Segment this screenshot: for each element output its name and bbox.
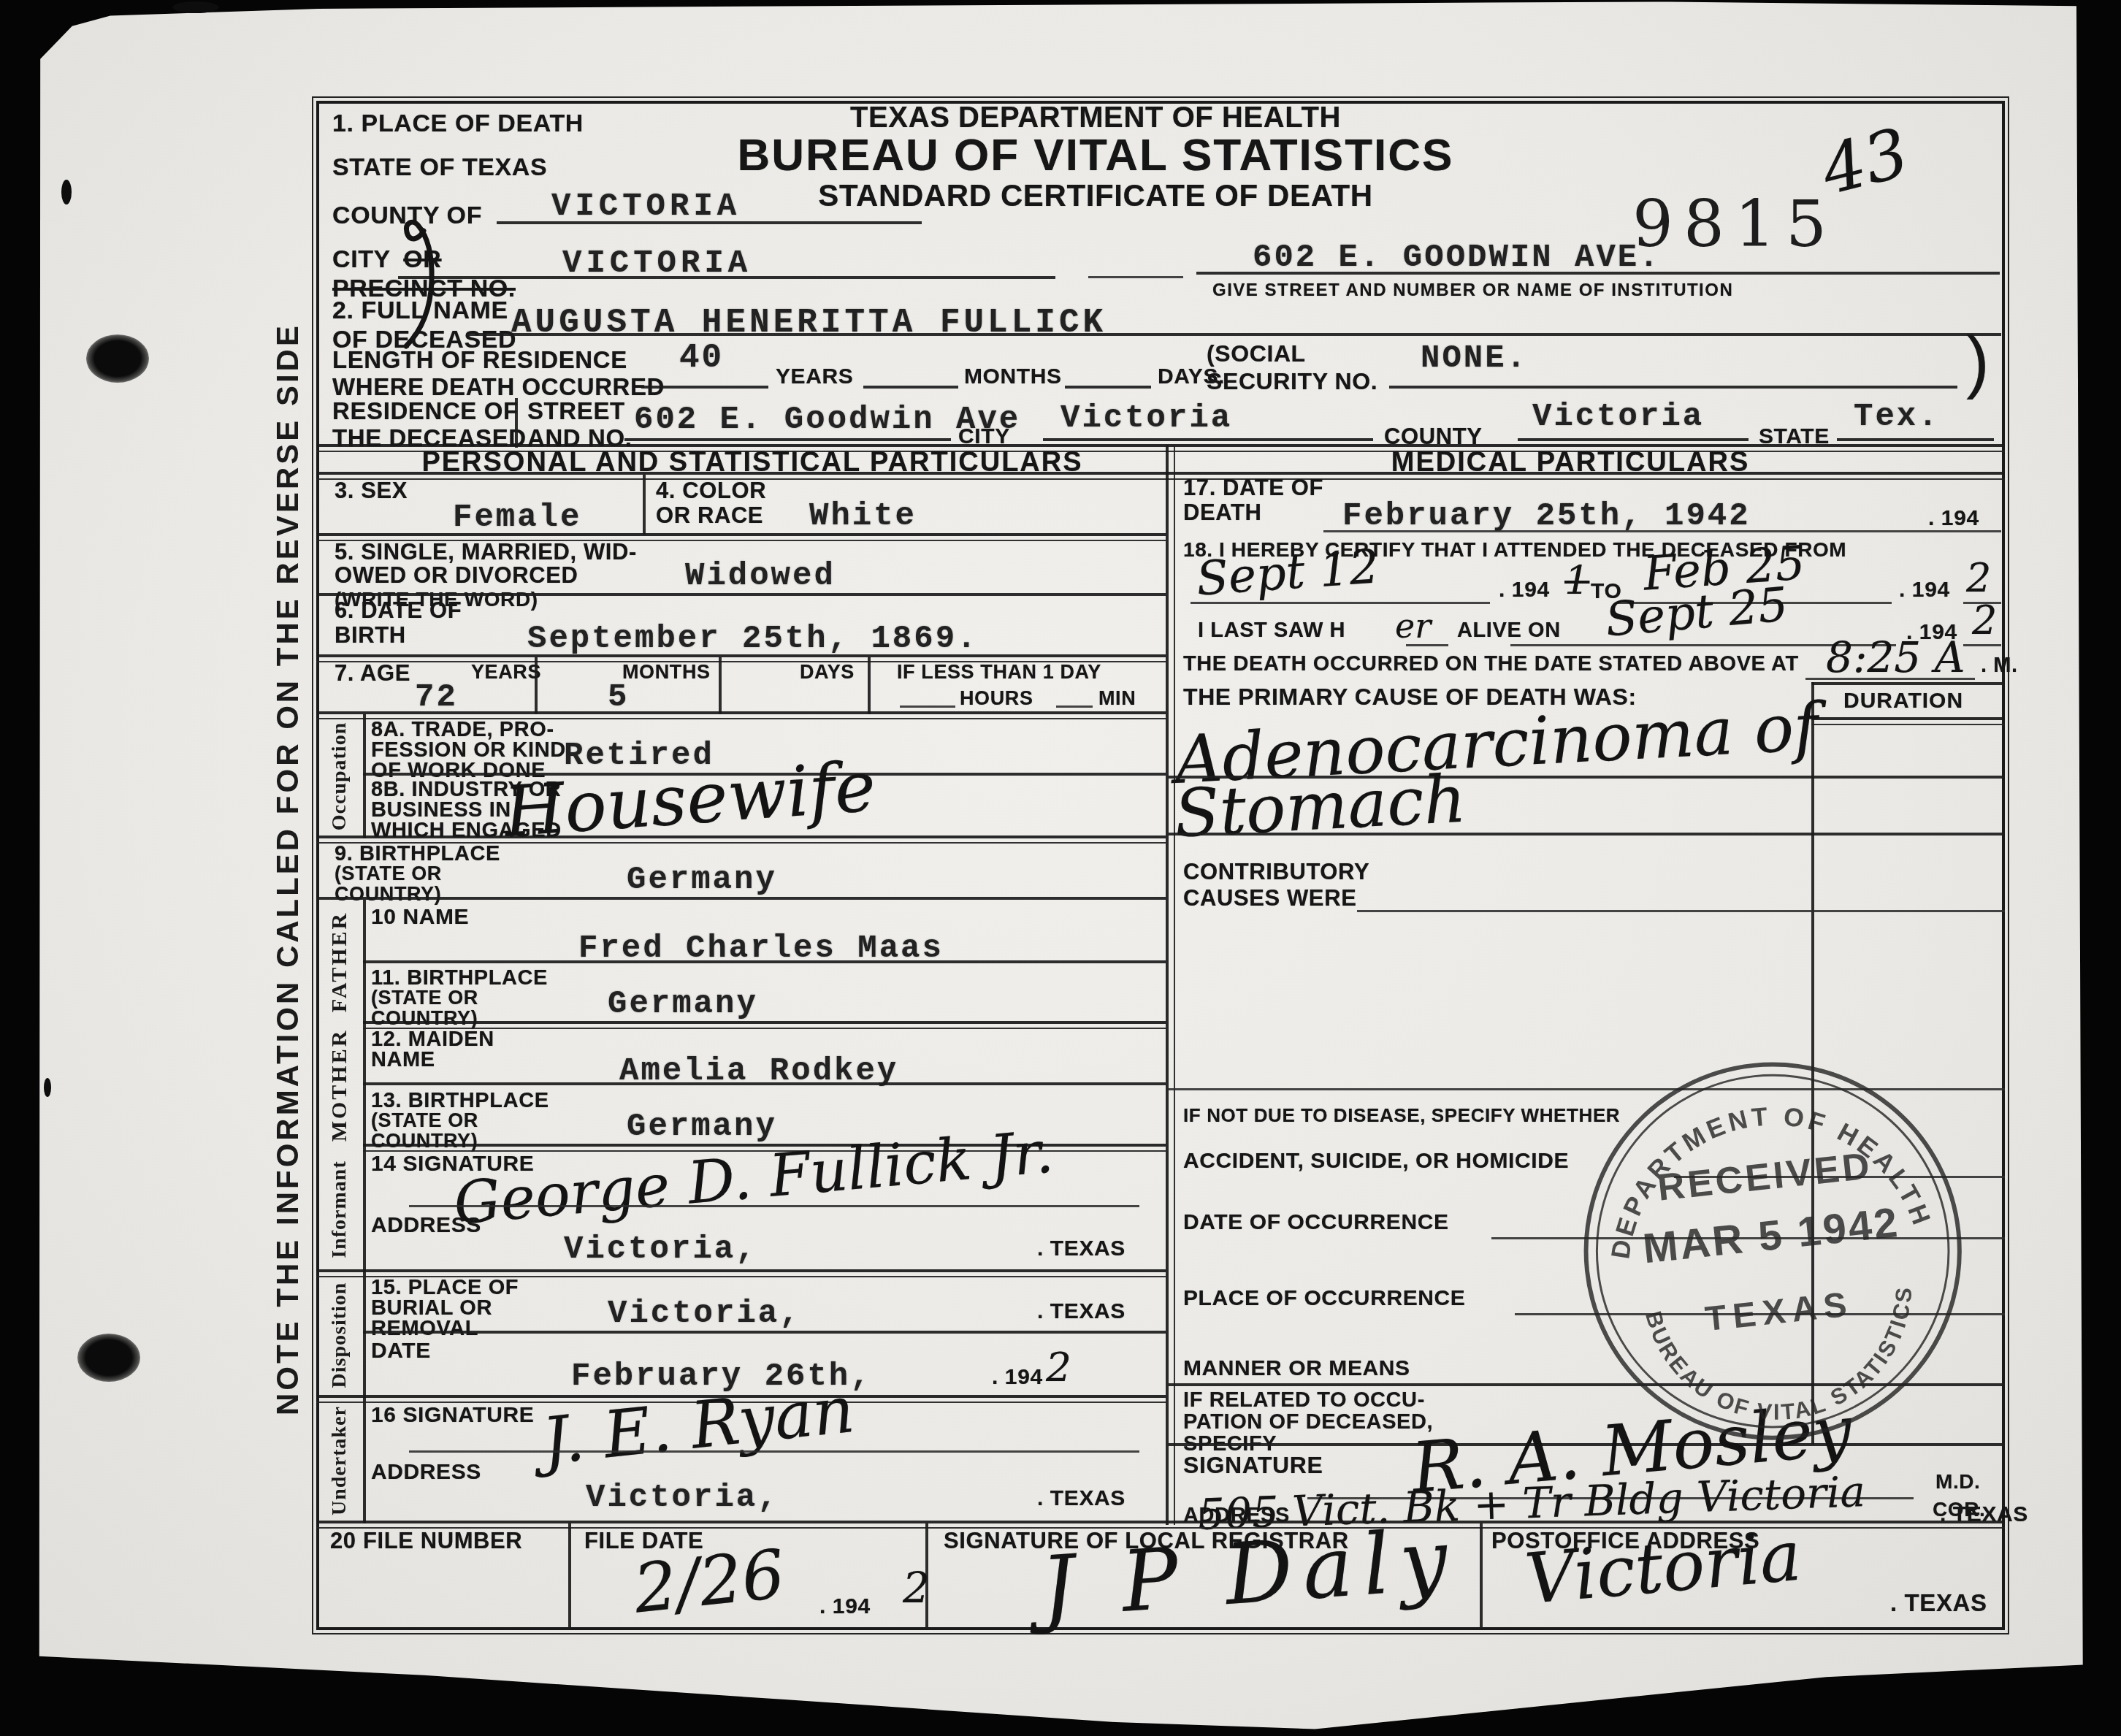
mother-bp-value: Germany bbox=[627, 1109, 777, 1145]
ifnot-label: IF NOT DUE TO DISEASE, SPECIFY WHETHER bbox=[1183, 1106, 1620, 1125]
mother-side-label: MOTHER bbox=[316, 1024, 363, 1147]
marital-label2: OWED OR DIVORCED bbox=[335, 564, 578, 588]
age-label: 7. AGE bbox=[335, 662, 410, 686]
received-stamp: DEPARTMENT OF HEALTH BUREAU OF VITAL STA… bbox=[1556, 1033, 1990, 1472]
social-underline bbox=[1389, 386, 1957, 389]
birthplace-value: Germany bbox=[627, 862, 777, 898]
mother-bp-label1: 13. BIRTHPLACE bbox=[371, 1090, 549, 1112]
father-bp-label2: (STATE OR bbox=[371, 987, 478, 1008]
length-label2: WHERE DEATH OCCURRED bbox=[332, 375, 665, 400]
related-label1: IF RELATED TO OCCU- bbox=[1183, 1389, 1425, 1411]
less-day-label: IF LESS THAN 1 DAY bbox=[897, 662, 1101, 682]
side-column-line bbox=[363, 714, 366, 838]
standard-title: STANDARD CERTIFICATE OF DEATH bbox=[767, 180, 1424, 212]
social-value: NONE. bbox=[1421, 340, 1528, 377]
accident-label: ACCIDENT, SUICIDE, OR HOMICIDE bbox=[1183, 1150, 1569, 1173]
age-months-label: MONTHS bbox=[622, 662, 711, 682]
social-label1: (SOCIAL bbox=[1207, 342, 1306, 367]
age-divider-2 bbox=[719, 657, 722, 714]
duration-top bbox=[1811, 682, 2005, 685]
center-divider bbox=[1166, 446, 1175, 1525]
closing-paren: ) bbox=[1966, 326, 1990, 399]
hours-label: HOURS bbox=[960, 688, 1033, 708]
undertaker-texas: . TEXAS bbox=[1037, 1487, 1126, 1510]
rule bbox=[363, 1082, 1166, 1085]
res-underline-2 bbox=[1043, 438, 1373, 441]
place-of-death-label: 1. PLACE OF DEATH bbox=[332, 111, 584, 137]
maiden-label1: 12. MAIDEN bbox=[371, 1028, 494, 1050]
informant-addr-value: Victoria, bbox=[564, 1231, 757, 1268]
city2-value: Victoria bbox=[1060, 400, 1232, 437]
undertaker-side-label: Undertaker bbox=[316, 1398, 363, 1523]
undertaker-addr-label: ADDRESS bbox=[371, 1461, 481, 1484]
days-line bbox=[1065, 386, 1151, 389]
lastsaw-er: er bbox=[1395, 606, 1431, 646]
rule bbox=[363, 1331, 1166, 1334]
cause-line2: Stomach bbox=[1173, 761, 1468, 853]
fullname-value: AUGUSTA HENERITTA FULLICK bbox=[511, 304, 1107, 342]
street-underline bbox=[1196, 272, 2000, 275]
dob-value: September 25th, 1869. bbox=[527, 621, 979, 657]
signature-line bbox=[409, 1205, 1139, 1207]
burial-year-suffix: 2 bbox=[1046, 1344, 1071, 1391]
file-date-value: 2/26 bbox=[630, 1534, 789, 1628]
disposition-side-label: Disposition bbox=[316, 1272, 363, 1398]
file-divider-3 bbox=[1480, 1523, 1483, 1629]
hours-line bbox=[900, 706, 955, 708]
medical-header: MEDICAL PARTICULARS bbox=[1278, 448, 1862, 478]
certificate-number: 9815 bbox=[1632, 186, 1837, 261]
md-label: M.D. bbox=[1935, 1471, 1981, 1492]
fullname-underline bbox=[467, 333, 2001, 336]
length-label1: LENGTH OF RESIDENCE bbox=[332, 348, 627, 373]
manner-label: MANNER OR MEANS bbox=[1183, 1357, 1410, 1380]
trade-label1: 8A. TRADE, PRO- bbox=[371, 719, 554, 741]
min-label: MIN bbox=[1098, 688, 1136, 708]
rule bbox=[316, 593, 1166, 596]
years-line bbox=[641, 386, 768, 389]
county2-value: Victoria bbox=[1532, 399, 1704, 435]
father-name-label: 10 NAME bbox=[371, 906, 469, 929]
postoffice-texas: . TEXAS bbox=[1890, 1591, 1987, 1616]
birthplace-label2: (STATE OR bbox=[335, 863, 442, 884]
dob-label2: BIRTH bbox=[335, 624, 406, 648]
scanned-death-certificate: NOTE THE INFORMATION CALLED FOR ON THE R… bbox=[0, 0, 2121, 1736]
age-days-label: DAYS bbox=[800, 662, 855, 682]
undertaker-sig-label: 16 SIGNATURE bbox=[371, 1404, 534, 1427]
personal-header: PERSONAL AND STATISTICAL PARTICULARS bbox=[365, 448, 1139, 478]
rule bbox=[316, 897, 1166, 900]
trade-label2: FESSION OR KIND bbox=[371, 739, 566, 761]
contrib-line bbox=[1357, 910, 2005, 912]
age-years-label: YEARS bbox=[471, 662, 541, 682]
ink-speck bbox=[44, 1078, 51, 1097]
bureau-title: BUREAU OF VITAL STATISTICS bbox=[730, 131, 1461, 179]
father-bp-label1: 11. BIRTHPLACE bbox=[371, 967, 548, 989]
city-underline-dash bbox=[1088, 276, 1183, 278]
burial-date-label: DATE bbox=[371, 1339, 431, 1363]
rule bbox=[363, 960, 1166, 963]
lastsaw-label2: ALIVE ON bbox=[1457, 619, 1561, 641]
physician-sig-label: SIGNATURE bbox=[1183, 1453, 1323, 1478]
fullname-label: 2. FULL NAME bbox=[332, 298, 508, 324]
residence-divider bbox=[515, 398, 518, 448]
county-underline bbox=[497, 221, 922, 224]
color-label2: OR RACE bbox=[656, 504, 763, 528]
dob-label1: 6. DATE OF bbox=[335, 599, 462, 623]
city-word: CITY bbox=[332, 245, 390, 273]
burial-label1: 15. PLACE OF bbox=[371, 1277, 519, 1299]
social-label2: SECURITY NO. bbox=[1207, 370, 1377, 394]
maiden-label2: NAME bbox=[371, 1049, 435, 1071]
state-of-texas-label: STATE OF TEXAS bbox=[332, 155, 547, 181]
from-year-printed: . 194 bbox=[1499, 578, 1550, 602]
informant-side-label: Informant bbox=[316, 1147, 363, 1272]
informant-addr-label: ADDRESS bbox=[371, 1214, 481, 1237]
ink-speck bbox=[172, 1, 219, 13]
sex-color-divider bbox=[643, 475, 646, 535]
length-value: 40 bbox=[679, 339, 724, 377]
mother-bp-label2: (STATE OR bbox=[371, 1110, 478, 1131]
industry-label2: BUSINESS IN bbox=[371, 799, 511, 821]
place-occ-label: PLACE OF OCCURRENCE bbox=[1183, 1287, 1465, 1310]
file-date-year-suffix: 2 bbox=[903, 1563, 930, 1613]
lastsaw-year-suffix: 2 bbox=[1972, 597, 1997, 643]
father-bp-value: Germany bbox=[608, 986, 758, 1022]
age-divider-1 bbox=[535, 657, 538, 714]
date-occ-label: DATE OF OCCURRENCE bbox=[1183, 1211, 1449, 1234]
occupation-side-label: Occupation bbox=[316, 714, 363, 838]
age-months-value: 5 bbox=[608, 679, 629, 716]
burial-value: Victoria, bbox=[608, 1296, 801, 1332]
stamp-texas: TEXAS bbox=[1703, 1285, 1855, 1339]
undertaker-addr-value: Victoria, bbox=[586, 1480, 779, 1516]
contrib-label1: CONTRIBUTORY bbox=[1183, 860, 1369, 884]
city-underline bbox=[398, 276, 1055, 279]
from-year-suffix: 1 bbox=[1564, 558, 1589, 604]
duration-underline bbox=[1811, 717, 2005, 725]
cause-rule2 bbox=[1169, 833, 2005, 836]
burial-label3: REMOVAL bbox=[371, 1318, 478, 1339]
sex-value: Female bbox=[453, 500, 581, 536]
marital-label1: 5. SINGLE, MARRIED, WID- bbox=[335, 540, 637, 565]
occurred-label: THE DEATH OCCURRED ON THE DATE STATED AB… bbox=[1183, 653, 1799, 675]
res-underline-3 bbox=[1518, 438, 1749, 441]
dod-value: February 25th, 1942 bbox=[1342, 498, 1751, 535]
sex-label: 3. SEX bbox=[335, 479, 408, 503]
punch-hole-bottom bbox=[77, 1334, 140, 1382]
stamp-date: MAR 5 1942 bbox=[1640, 1199, 1901, 1272]
ink-speck bbox=[61, 180, 72, 204]
color-label1: 4. COLOR bbox=[656, 479, 766, 503]
marital-value: Widowed bbox=[685, 558, 836, 594]
months-label: MONTHS bbox=[964, 365, 1062, 389]
months-line bbox=[863, 386, 958, 389]
burial-year-printed: . 194 bbox=[992, 1366, 1043, 1389]
death-time-value: 8:25 A bbox=[1826, 632, 1965, 682]
state2-value: Tex. bbox=[1854, 399, 1940, 435]
signature-line bbox=[409, 1450, 1139, 1453]
street-caption: GIVE STREET AND NUMBER OR NAME OF INSTIT… bbox=[1212, 281, 1733, 299]
min-line bbox=[1056, 706, 1093, 708]
related-label2: PATION OF DECEASED, bbox=[1183, 1411, 1433, 1433]
side-column-line bbox=[363, 900, 366, 1523]
county-value: VICTORIA bbox=[551, 188, 741, 225]
lastsaw-line1 bbox=[1406, 644, 1448, 646]
lastsaw-label1: I LAST SAW H bbox=[1198, 619, 1345, 641]
res-underline-4 bbox=[1837, 438, 1994, 441]
age-divider-3 bbox=[868, 657, 871, 714]
birthplace-label3: COUNTRY) bbox=[335, 884, 441, 904]
dod-label2: DEATH bbox=[1183, 501, 1261, 525]
birthplace-label1: 9. BIRTHPLACE bbox=[335, 843, 500, 865]
file-date-year-printed: . 194 bbox=[819, 1595, 871, 1618]
burial-label2: BURIAL OR bbox=[371, 1297, 492, 1319]
punch-hole-top bbox=[86, 334, 149, 383]
dept-title: TEXAS DEPARTMENT OF HEALTH bbox=[767, 102, 1424, 133]
color-value: White bbox=[809, 498, 917, 535]
time-line bbox=[1805, 678, 1975, 680]
res-underline-1 bbox=[624, 438, 951, 441]
dod-year-printed: . 194 bbox=[1928, 507, 1979, 530]
street-value: 602 E. GOODWIN AVE. bbox=[1253, 240, 1661, 276]
file-number-label: 20 FILE NUMBER bbox=[330, 1529, 522, 1553]
file-divider-1 bbox=[568, 1523, 571, 1629]
age-years-value: 72 bbox=[415, 679, 458, 716]
father-side-label: FATHER bbox=[316, 900, 363, 1024]
m-label: . M. bbox=[1981, 654, 2018, 676]
contrib-label2: CAUSES WERE bbox=[1183, 887, 1356, 911]
to-year-printed: . 194 bbox=[1899, 578, 1950, 602]
to-year-suffix: 2 bbox=[1966, 555, 1991, 601]
duration-label: DURATION bbox=[1843, 689, 1963, 713]
informant-texas: . TEXAS bbox=[1037, 1237, 1126, 1261]
from-line bbox=[1191, 602, 1490, 604]
residence-label1: RESIDENCE OF bbox=[332, 399, 519, 424]
years-label: YEARS bbox=[776, 365, 853, 389]
dod-label1: 17. DATE OF bbox=[1183, 476, 1323, 500]
dod-underline bbox=[1323, 530, 2001, 532]
lastsaw-line3 bbox=[1963, 644, 2001, 646]
burial-texas: . TEXAS bbox=[1037, 1300, 1126, 1323]
streetno-label1: STREET bbox=[527, 399, 625, 424]
